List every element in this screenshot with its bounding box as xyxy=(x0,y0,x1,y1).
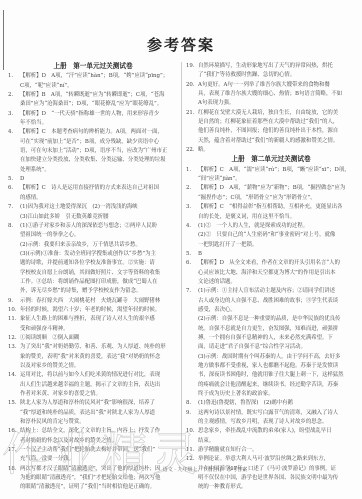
answer-text: 【解析】D A项，“薪物”应为“新物”；B项，“掘捏做态”应为“掘捏作态”；C项… xyxy=(198,184,356,203)
answer-line: 面，请走进“君子自强不息”综合性学习活动。 xyxy=(198,343,356,352)
answer-text: D xyxy=(20,175,178,184)
answer-text: 【解析】D “一代天骄”指称雄一世的人物，用来形容青少年不恰当。 xyxy=(20,110,178,129)
answer-line: (3)(示例)①准备：发动全班同学搜集或创作以“乡愁”为主 xyxy=(20,250,178,259)
answer-line: 【解析】C “相得益彰”指互相帮助，互相补充，更能显出各 xyxy=(198,203,356,212)
answer-number: 10. xyxy=(8,306,20,315)
answer-item: 3.【解析】C “相得益彰”指互相帮助，互相补充，更能显出各自的长处，是褒义词，… xyxy=(186,203,356,222)
answer-line: 自的长处，是褒义词，用在这里不恰当。 xyxy=(198,213,356,222)
answer-line: 陕北人家为人厚道和淳朴的民风对“我”影响很深，培养了 xyxy=(20,399,178,408)
answer-line: 文论述的话题。 xyxy=(198,278,356,287)
answer-line: 地方做事都不受重视，家人也都瞧不起他。苏秦于是发愤读 xyxy=(198,362,356,371)
answer-line: (2)示例：我要归来亲亲故乡，万千情思共话乡愁。 xyxy=(20,241,178,250)
answer-line: (1)因为我对这土地爱得深沉 (2)一湾浅浅的海峡 xyxy=(20,203,178,212)
answer-number: 4. xyxy=(8,128,20,175)
answer-number: 1. xyxy=(8,72,20,91)
answer-line: C项，“呢”应读“ní”。 xyxy=(20,82,178,91)
answer-line: A句更好。A句一一列举了维吾尔族大嫂带来的食物和餐 xyxy=(198,81,356,90)
answer-item: 13.为了突出“我”对奶奶勤劳、和善、乐观、为人厚道、纯朴的形象的赞美，表明“我… xyxy=(8,343,178,371)
answer-line: 为了突出“我”对奶奶勤劳、和善、乐观、为人厚道、纯朴的形 xyxy=(20,343,178,352)
answer-text: 这两句诗以景衬情，既实写白露节气的清寒，又融入了诗人的主观感情，写故乡月明，表现… xyxy=(198,409,356,428)
answer-line: 学校校友自愿上台朗诵，其间做好照片、文字等资料的收集 xyxy=(20,269,178,278)
answer-text: (1)①游子对家乡和亲人的深深依恋与想念；②两岸人民盼望祖国统一的拳拳之心。(2… xyxy=(20,222,178,297)
answer-text: 为了突出“我”对奶奶勤劳、和善、乐观、为人厚道、纯朴的形象的赞美，表明“我”对米… xyxy=(20,343,178,371)
answer-line: “间”应读“jiàn”。 xyxy=(198,175,356,184)
answer-line: 工作。③总结：将朗诵作品配图打印成册，做成“巴蜀人在 xyxy=(20,278,178,287)
answer-line: 天然，蕴含着对帮助过“我们”的新疆人的感激和赞美之情。 xyxy=(198,137,356,146)
answer-text: A句更好。A句一一列举了维吾尔族大嫂带来的食物和餐具，表现了维吾尔族大嫂的细心、… xyxy=(198,81,356,109)
answer-text: 红柳花在戈壁大漠无人栽培，独自生长，自由绽放，它的美是自然的；红柳花象征着那些在… xyxy=(198,109,356,146)
answer-line: 受和顽强奋斗精神。 xyxy=(20,325,178,334)
answer-line: 【解析】B A项，“转瞬既逝”应为“转瞬即逝”；C项，“苍海 xyxy=(20,91,178,100)
answer-number: 3. xyxy=(186,203,198,222)
answer-line: 一把钥匙打开了一把锁。 xyxy=(198,241,356,250)
answer-line: 游学精髓就在知行合一。 xyxy=(198,446,356,455)
answer-text: 【解析】D 从全文来看，作者在文章的开头引用名言“人的心灵应该比大地、海洋和天空… xyxy=(198,259,356,287)
answer-item: 12.举例论证。举意大利人马可·波罗沿丝绸之路来到东方，并在中国游学17年，口述… xyxy=(186,455,356,492)
answer-line: A句表现力强。 xyxy=(198,99,356,108)
answer-line: 的眼睛“清澈透亮”，证明了“我们”当时相信他是正确的。 xyxy=(20,483,178,492)
answer-line: 外，诉无尽乡愁”的诗集，赠予学校校友作为留念。 xyxy=(20,287,178,296)
answer-number: 14. xyxy=(8,371,20,399)
answer-item: 2.【解析】D A项，“薪物”应为“新物”；B项，“掘捏做态”应为“掘捏作态”；… xyxy=(186,184,356,203)
answer-number: 6. xyxy=(8,184,20,203)
section-title-unit-1: 上册 第一单元过关测试卷 xyxy=(8,62,178,71)
answer-number: 3. xyxy=(8,110,20,129)
answer-item: 11.象征人生路上的困难与挫折，表现了诗人对人生的艰辛感受和顽强奋斗精神。 xyxy=(8,315,178,334)
answer-number: 7. xyxy=(186,287,198,399)
answer-line: (3)江山如此多娇 引无数英雄竞折腰 xyxy=(20,213,178,222)
answer-line: 红柳花在戈壁大漠无人栽培，独自生长，自由绽放，它的美 xyxy=(198,109,356,118)
answer-line: 以及对家乡的赞美之情。 xyxy=(20,362,178,371)
answer-item: 9.这两句诗以景衬情，既实写白露节气的清寒，又融入了诗人的主观感情，写故乡月明，… xyxy=(186,409,356,428)
watermark: 作业精灵 xyxy=(2,418,202,484)
right-column: 19.自然环境描写，生动形象地写出了天气的异常闷热，烘托了“我们”等待救援时焦躁… xyxy=(186,62,356,493)
answer-line: (2)② 只要自己的“人生密码”和“事业密码”对上号，就像 xyxy=(198,231,356,240)
answer-number: 19. xyxy=(186,62,198,81)
answer-item: 3.【解析】D “一代天骄”指称雄一世的人物，用来形容青少年不恰当。 xyxy=(8,110,178,129)
answer-number: 8. xyxy=(8,222,20,297)
answer-text: 思念家乡，牵挂战乱中流散的弟弟(家人)，盼望战乱早日结束。 xyxy=(198,427,356,446)
answer-item: 19.自然环境描写，生动形象地写出了天气的异常闷热，烘托了“我们”等待救援时焦躁… xyxy=(186,62,356,81)
answer-text: (1)鲁迅(鲁提辖，鲁智深) (2)鹬中有鹅 xyxy=(198,399,356,408)
answer-text: 【解析】C 本题考查病句的辨析能力。A项，两面对一面，可在“实现”前加上“是否”… xyxy=(20,128,178,175)
answer-number: 1. xyxy=(186,166,198,185)
answer-text: 【解析】C “相得益彰”指互相帮助，互相补充，更能显出各自的长处，是褒义词，用在… xyxy=(198,203,356,222)
answer-line: 年不恰当。 xyxy=(20,119,178,128)
answer-line: D xyxy=(20,175,178,184)
answer-text: 年轻的时候，渴望六十岁；年老的时候，渴望年轻的时候。 xyxy=(20,306,178,315)
answer-line: 象的赞美，表明“我”对米黄的喜爱，表达“我”对奶奶的怀念 xyxy=(20,353,178,362)
answer-item: 5.D xyxy=(8,175,178,184)
answer-item: 1.【解析】C A项，“濡”应读“rú”；B项，“蜥”应读“xī”；D项，“间”… xyxy=(186,166,356,185)
answer-line: (3)示例：战国时期有个叫苏秦的人，由于学问不高，去好多 xyxy=(198,353,356,362)
answer-line: 可在“实现”前加上“是否”；B项，成分残缺，缺少宾语中心 xyxy=(20,138,178,147)
answer-item: 1.【解析】D A项，“汗”应读“hàn”；B项，“娉”应读“pīng”；C项，… xyxy=(8,72,178,91)
answer-item: 8.(1)①游子对家乡和亲人的深深依恋与想念；②两岸人民盼望祖国统一的拳拳之心。… xyxy=(8,222,178,297)
answer-line: 是自然的；红柳花象征着那些在大漠中帮助过“我们”的人， xyxy=(198,118,356,127)
answer-item: 10.年轻的时候，渴望六十岁；年老的时候，渴望年轻的时候。 xyxy=(8,306,178,315)
answer-line: 感受，表决心。 xyxy=(198,306,356,315)
answer-line: 这两句诗以景衬情，既实写白露节气的清寒，又融入了诗人 xyxy=(198,409,356,418)
section-title-unit-2: 上册 第二单元过关测试卷 xyxy=(186,155,356,164)
answer-line: 统。自强不息就是自力更生，奋发图强，知难而进，顽强拼 xyxy=(198,325,356,334)
answer-line: 明不仅仅在中国，游学也是世界各国、各民族文明中最为传 xyxy=(198,474,356,483)
answer-line: (1)鲁迅(鲁提辖，鲁智深) (2)鹬中有鹅 xyxy=(198,399,356,408)
answer-text: 举例论证。举意大利人马可·波罗沿丝绸之路来到东方，并在中国游学17年，口述了《马… xyxy=(198,455,356,492)
answer-number: 11. xyxy=(8,315,20,334)
answer-line: 桑田”应为“沧海桑田”；D项，“眼花撩乱”应为“眼花缭乱”。 xyxy=(20,100,178,109)
answer-text: 【解析】D A项，“汗”应读“hàn”；B项，“娉”应读“pīng”；C项，“呢… xyxy=(20,72,178,91)
answer-text: (1)示例：①主持人宣布活动主题及内容；②请同学们讲述古人或身边的人自强不息、战… xyxy=(198,287,356,399)
answer-line: 运用对比，将以前与如今人们吃米黄的情况进行对比，表现 xyxy=(20,371,178,380)
page-title: 参考答案 xyxy=(0,34,362,55)
answer-item: 20.A句更好。A句一一列举了维吾尔族大嫂带来的食物和餐具，表现了维吾尔族大嫂的… xyxy=(186,81,356,109)
right-answer-list-continued: 19.自然环境描写，生动形象地写出了天气的异常闷热，烘托了“我们”等待救援时焦躁… xyxy=(186,62,356,155)
answer-line: (2)示例：自强不息是一种重要的品质，是中华民族的优良传 xyxy=(198,315,356,324)
answer-item: 5.B xyxy=(186,250,356,259)
answer-number: 9. xyxy=(8,297,20,306)
answer-line: 【解析】D A项，“汗”应读“hàn”；B项，“娉”应读“pīng”； xyxy=(20,72,178,81)
answer-number: 7. xyxy=(8,203,20,222)
answer-line: 年轻的时候，渴望六十岁；年老的时候，渴望年轻的时候。 xyxy=(20,306,178,315)
answer-line: 【解析】D “一代天骄”指称雄一世的人物，用来形容青少 xyxy=(20,110,178,119)
answer-text: 运用对比，将以前与如今人们吃米黄的情况进行对比，表现出人们生活越来越幸福的主题，… xyxy=(20,371,178,399)
answer-text: (1)② 一个人的人生，就是探索成功的过程。(2)② 只要自己的“人生密码”和“… xyxy=(198,222,356,250)
answer-line: “掘捏作态”；C项，“形销骨立”应为“形销骨立”。 xyxy=(198,194,356,203)
answer-line: 【解析】C 诗人是运用直接抒情的方式来表达自己对祖国 xyxy=(20,184,178,193)
answer-line: 搏。一个拥有自强不息精神的人，未来必然充满希望。下 xyxy=(198,334,356,343)
answer-item: 9.示例：春打嫁夫西 大闹桃花村 火烧瓦罐寺 大闹野猪林 xyxy=(8,297,178,306)
answer-line: 望祖国统一的拳拳之心。 xyxy=(20,231,178,240)
answer-number: 12. xyxy=(8,334,20,343)
answer-line: 示例：春打嫁夫西 大闹桃花村 火烧瓦罐寺 大闹野猪林 xyxy=(20,297,178,306)
answer-text: 自然环境描写，生动形象地写出了天气的异常闷热，烘托了“我们”等待救援时焦躁、急切… xyxy=(198,62,356,81)
answer-line: 终于成为历史上著名的政治家。 xyxy=(198,390,356,399)
answer-text: 游学精髓就在知行合一。 xyxy=(198,446,356,455)
answer-line: 书，深夜读书困倦时，他就用锥子往大腿上刺一下，这样猛然 xyxy=(198,371,356,380)
answer-number: 20. xyxy=(186,81,198,109)
answer-number: 2. xyxy=(8,91,20,110)
answer-line: (1)② 一个人的人生，就是探索成功的过程。 xyxy=(198,222,356,231)
answer-text: 【解析】C 诗人是运用直接抒情的方式来表达自己对祖国的感情。 xyxy=(20,184,178,203)
answer-text: 【解析】B A项，“转瞬既逝”应为“转瞬即逝”；C项，“苍海桑田”应为“沧海桑田… xyxy=(20,91,178,110)
answer-line: 【解析】D A项，“薪物”应为“新物”；B项，“掘捏做态”应为 xyxy=(198,184,356,193)
page-footer: 语文 · 九年级上、下册合订 · 参考答案 xyxy=(140,466,270,473)
answer-line: 出人们生活越来越幸福的主题，揭示了文章的主旨，表达出 xyxy=(20,381,178,390)
answer-line: 题的诗歌，并提前通知各位学校友准备事宜。②实施：请 xyxy=(20,259,178,268)
answer-line: 思念家乡，牵挂战乱中流散的弟弟(家人)，盼望战乱早日 xyxy=(198,427,356,436)
answer-line: 结束。 xyxy=(198,437,356,446)
answer-line: 的感情。 xyxy=(20,194,178,203)
answer-line: 自然环境描写，生动形象地写出了天气的异常闷热，烘托 xyxy=(198,62,356,71)
answer-item: 6.【解析】D 从全文来看，作者在文章的开头引用名言“人的心灵应该比大地、海洋和… xyxy=(186,259,356,287)
answer-text: 示例：春打嫁夫西 大闹桃花村 火烧瓦罐寺 大闹野猪林 xyxy=(20,297,178,306)
answer-number: 8. xyxy=(186,399,198,408)
column-divider xyxy=(181,62,182,457)
answer-line: 象征人生路上的困难与挫折，表现了诗人对人生的艰辛感 xyxy=(20,315,178,324)
answer-text: ①阅读朗顺 ②倒入面糊 xyxy=(20,334,178,343)
answer-line: 处理系统”。 xyxy=(20,166,178,175)
answer-line: ①阅读朗顺 ②倒入面糊 xyxy=(20,334,178,343)
answer-item: 6.【解析】C 诗人是运用直接抒情的方式来表达自己对祖国的感情。 xyxy=(8,184,178,203)
answer-line: (1)示例：①主持人宣布活动主题及内容；②请同学们讲述 xyxy=(198,287,356,296)
answer-line: 【解析】D 从全文来看，作者在文章的开头引用名言“人的 xyxy=(198,259,356,268)
answer-line: 在加快建立分类投放、分类收集、分类运输、分类处理的垃圾 xyxy=(20,156,178,165)
answer-item: 21.红柳花在戈壁大漠无人栽培，独自生长，自由绽放，它的美是自然的；红柳花象征着… xyxy=(186,109,356,146)
answer-line: “我”厚道和纯朴的品质，表达出“我”对陕北人家为人厚道 xyxy=(20,409,178,418)
answer-number: 21. xyxy=(186,109,198,146)
answer-item: 7.(1)示例：①主持人宣布活动主题及内容；②请同学们讲述古人或身边的人自强不息… xyxy=(186,287,356,399)
answer-line: 的主观感情，写故乡月明，表现了诗人对故乡的思念。 xyxy=(198,418,356,427)
right-answer-list: 1.【解析】C A项，“濡”应读“rú”；B项，“蜥”应读“xī”；D项，“间”… xyxy=(186,166,356,493)
answer-number: 2. xyxy=(186,184,198,203)
answer-line: 【解析】C 本题考查病句的辨析能力。A项，两面对一面， xyxy=(20,128,178,137)
answer-item: 10.思念家乡，牵挂战乱中流散的弟弟(家人)，盼望战乱早日结束。 xyxy=(186,427,356,446)
answer-line: 统的一种教育形式。 xyxy=(198,483,356,492)
answer-line: 的疼痛就会让他清醒起来，继续读书。经过勤学苦读，苏秦 xyxy=(198,381,356,390)
answer-line: 具，表现了维吾尔族大嫂的细心、热情；B句语言简略，不如 xyxy=(198,90,356,99)
answer-line: 古人或身边的人自强不息、战胜困难的故事；③学生代表谈 xyxy=(198,297,356,306)
answer-number: 4. xyxy=(186,222,198,250)
answer-line: 【解析】C A项，“濡”应读“rú”；B项，“蜥”应读“xī”；D项， xyxy=(198,166,356,175)
answer-number: 22. xyxy=(186,146,198,155)
answer-line: 了“我们”等待救援时焦躁、急切的心情。 xyxy=(198,71,356,80)
answer-text: B xyxy=(198,250,356,259)
answer-key-page: 参考答案 上册 第一单元过关测试卷 1.【解析】D A项，“汗”应读“hàn”；… xyxy=(0,0,362,499)
answer-item: 4.(1)② 一个人的人生，就是探索成功的过程。(2)② 只要自己的“人生密码”… xyxy=(186,222,356,250)
answer-line: B xyxy=(198,250,356,259)
answer-text: 【解析】C A项，“濡”应读“rú”；B项，“蜥”应读“xī”；D项，“间”应读… xyxy=(198,166,356,185)
answer-line: 他们善良纯朴，不图回报；他们的善良纯朴出于本性，源自 xyxy=(198,127,356,136)
answer-line: 作者对米黄、对家乡的喜爱之情。 xyxy=(20,390,178,399)
answer-number: 13. xyxy=(8,343,20,371)
answer-line: 举例论证。举意大利人马可·波罗沿丝绸之路来到东方， xyxy=(198,455,356,464)
answer-item: 12.①阅读朗顺 ②倒入面糊 xyxy=(8,334,178,343)
answer-item: 2.【解析】B A项，“转瞬既逝”应为“转瞬即逝”；C项，“苍海桑田”应为“沧海… xyxy=(8,91,178,110)
answer-line: 心灵应该比大地、海洋和天空都更为博大”的作用是引出本 xyxy=(198,269,356,278)
answer-text: (1)因为我对这土地爱得深沉 (2)一湾浅浅的海峡(3)江山如此多娇 引无数英雄… xyxy=(20,203,178,222)
answer-number: 5. xyxy=(186,250,198,259)
answer-item: 8.(1)鲁迅(鲁提辖，鲁智深) (2)鹬中有鹅 xyxy=(186,399,356,408)
answer-item: 11.游学精髓就在知行合一。 xyxy=(186,446,356,455)
answer-number: 6. xyxy=(186,259,198,287)
answer-item: 7.(1)因为我对这土地爱得深沉 (2)一湾浅浅的海峡(3)江山如此多娇 引无数… xyxy=(8,203,178,222)
answer-line: (1)①游子对家乡和亲人的深深依恋与想念；②两岸人民盼 xyxy=(20,222,178,231)
answer-item: 4.【解析】C 本题考查病句的辨析能力。A项，两面对一面，可在“实现”前加上“是… xyxy=(8,128,178,175)
answer-item: 14.运用对比，将以前与如今人们吃米黄的情况进行对比，表现出人们生活越来越幸福的… xyxy=(8,371,178,399)
answer-text: 象征人生路上的困难与挫折，表现了诗人对人生的艰辛感受和顽强奋斗精神。 xyxy=(20,315,178,334)
answer-line: 语，可在句末加上“活动”；D项，语序不当，应改为“广州市正 xyxy=(20,147,178,156)
answer-number: 5. xyxy=(8,175,20,184)
